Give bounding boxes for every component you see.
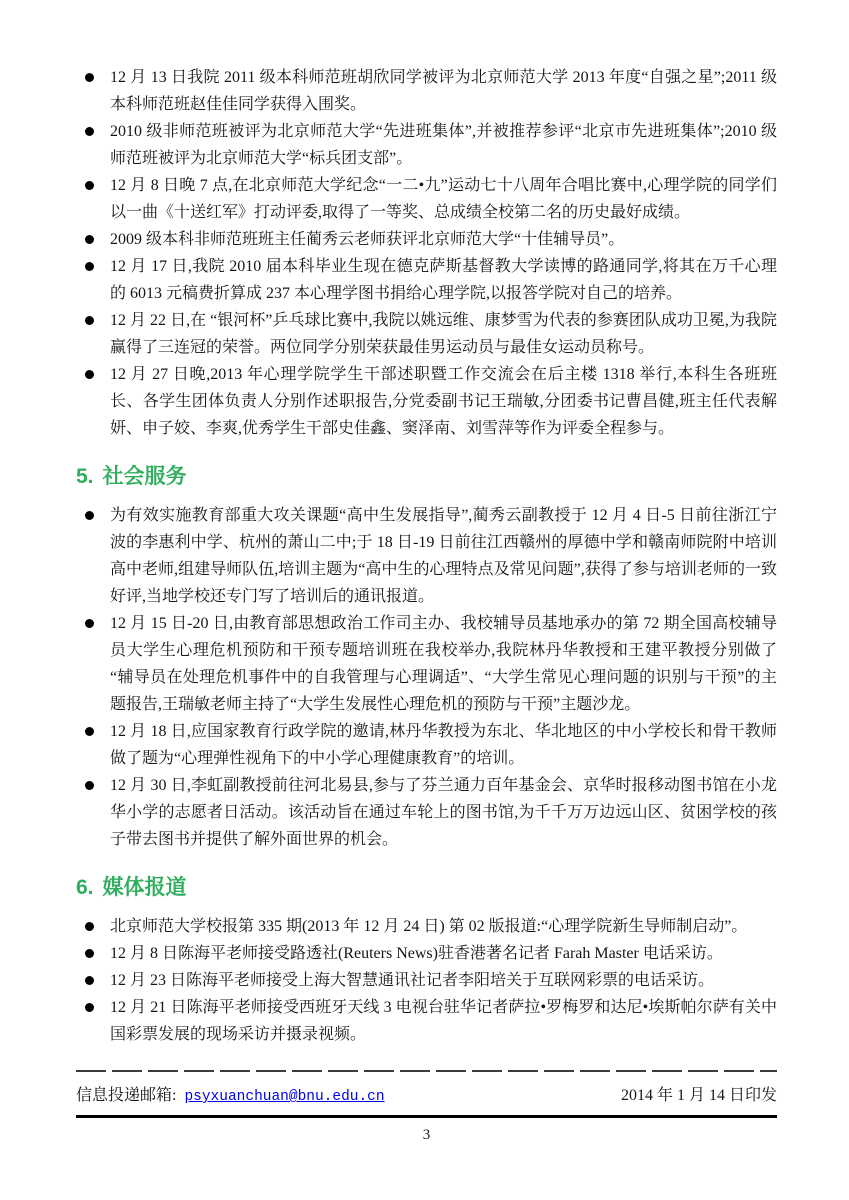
section-number: 5. [76, 464, 94, 490]
list-item: 北京师范大学校报第 335 期(2013 年 12 月 24 日) 第 02 版… [76, 913, 777, 940]
bullet-icon [85, 235, 94, 244]
bullet-icon [85, 262, 94, 271]
email-link[interactable]: psyxuanchuan@bnu.edu.cn [184, 1086, 384, 1108]
bullet-list: 为有效实施教育部重大攻关课题“高中生发展指导”,蔺秀云副教授于 12 月 4 日… [76, 502, 777, 853]
section-heading: 6.媒体报道 [76, 875, 777, 901]
bullet-icon [85, 127, 94, 136]
page-content: 12 月 13 日我院 2011 级本科师范班胡欣同学被评为北京师范大学 201… [76, 64, 777, 1048]
list-item-text: 12 月 23 日陈海平老师接受上海大智慧通讯社记者李阳培关于互联网彩票的电话采… [110, 972, 714, 989]
bullet-icon [85, 619, 94, 628]
bullet-icon [85, 370, 94, 379]
sections-container: 12 月 13 日我院 2011 级本科师范班胡欣同学被评为北京师范大学 201… [76, 64, 777, 1048]
list-item-text: 2009 级本科非师范班班主任蔺秀云老师获评北京师范大学“十佳辅导员”。 [110, 231, 624, 248]
list-item: 12 月 30 日,李虹副教授前往河北易县,参与了芬兰通力百年基金会、京华时报移… [76, 772, 777, 853]
list-item: 2010 级非师范班被评为北京师范大学“先进班集体”,并被推荐参评“北京市先进班… [76, 118, 777, 172]
list-item-text: 12 月 15 日-20 日,由教育部思想政治工作司主办、我校辅导员基地承办的第… [110, 615, 777, 713]
bullet-icon [85, 727, 94, 736]
section-number: 6. [76, 875, 94, 901]
list-item: 12 月 18 日,应国家教育行政学院的邀请,林丹华教授为东北、华北地区的中小学… [76, 718, 777, 772]
list-item-text: 12 月 17 日,我院 2010 届本科毕业生现在德克萨斯基督教大学读博的路通… [110, 258, 777, 302]
bullet-icon [85, 781, 94, 790]
section-title: 社会服务 [103, 464, 187, 490]
section-title: 媒体报道 [103, 875, 187, 901]
list-item: 2009 级本科非师范班班主任蔺秀云老师获评北京师范大学“十佳辅导员”。 [76, 226, 777, 253]
bullet-icon [85, 1003, 94, 1012]
list-item-text: 12 月 8 日陈海平老师接受路透社(Reuters News)驻香港著名记者 … [110, 945, 723, 962]
list-item-text: 2010 级非师范班被评为北京师范大学“先进班集体”,并被推荐参评“北京市先进班… [110, 123, 777, 167]
print-date: 2014 年 1 月 14 日印发 [621, 1085, 777, 1107]
list-item-text: 12 月 13 日我院 2011 级本科师范班胡欣同学被评为北京师范大学 201… [110, 69, 777, 113]
list-item-text: 12 月 27 日晚,2013 年心理学院学生干部述职暨工作交流会在后主楼 13… [110, 366, 777, 437]
newsletter-page: 12 月 13 日我院 2011 级本科师范班胡欣同学被评为北京师范大学 201… [0, 0, 849, 1200]
list-item: 12 月 15 日-20 日,由教育部思想政治工作司主办、我校辅导员基地承办的第… [76, 610, 777, 718]
list-item: 12 月 13 日我院 2011 级本科师范班胡欣同学被评为北京师范大学 201… [76, 64, 777, 118]
section-heading: 5.社会服务 [76, 464, 777, 490]
bullet-icon [85, 922, 94, 931]
email-label: 信息投递邮箱: [76, 1085, 176, 1107]
list-item: 12 月 17 日,我院 2010 届本科毕业生现在德克萨斯基督教大学读博的路通… [76, 253, 777, 307]
bullet-icon [85, 181, 94, 190]
list-item: 12 月 22 日,在 “银河杯”乒乓球比赛中,我院以姚远维、康梦雪为代表的参赛… [76, 307, 777, 361]
bullet-icon [85, 73, 94, 82]
bullet-icon [85, 976, 94, 985]
list-item: 12 月 21 日陈海平老师接受西班牙天线 3 电视台驻华记者萨拉•罗梅罗和达尼… [76, 994, 777, 1048]
list-item: 12 月 23 日陈海平老师接受上海大智慧通讯社记者李阳培关于互联网彩票的电话采… [76, 967, 777, 994]
bullet-icon [85, 316, 94, 325]
list-item-text: 为有效实施教育部重大攻关课题“高中生发展指导”,蔺秀云副教授于 12 月 4 日… [110, 507, 777, 605]
list-item-text: 12 月 22 日,在 “银河杯”乒乓球比赛中,我院以姚远维、康梦雪为代表的参赛… [110, 312, 777, 356]
list-item-text: 12 月 18 日,应国家教育行政学院的邀请,林丹华教授为东北、华北地区的中小学… [110, 723, 777, 767]
list-item-text: 12 月 30 日,李虹副教授前往河北易县,参与了芬兰通力百年基金会、京华时报移… [110, 777, 777, 848]
list-item: 12 月 8 日陈海平老师接受路透社(Reuters News)驻香港著名记者 … [76, 940, 777, 967]
bullet-list: 12 月 13 日我院 2011 级本科师范班胡欣同学被评为北京师范大学 201… [76, 64, 777, 442]
list-item: 12 月 27 日晚,2013 年心理学院学生干部述职暨工作交流会在后主楼 13… [76, 361, 777, 442]
section: 6.媒体报道北京师范大学校报第 335 期(2013 年 12 月 24 日) … [76, 875, 777, 1048]
bullet-icon [85, 949, 94, 958]
footer-row: 信息投递邮箱: psyxuanchuan@bnu.edu.cn 2014 年 1… [76, 1085, 777, 1108]
list-item-text: 12 月 21 日陈海平老师接受西班牙天线 3 电视台驻华记者萨拉•罗梅罗和达尼… [110, 999, 777, 1043]
page-number: 3 [76, 1127, 777, 1144]
list-item: 为有效实施教育部重大攻关课题“高中生发展指导”,蔺秀云副教授于 12 月 4 日… [76, 502, 777, 610]
section: 5.社会服务为有效实施教育部重大攻关课题“高中生发展指导”,蔺秀云副教授于 12… [76, 464, 777, 853]
bullet-icon [85, 511, 94, 520]
dashed-divider [76, 1070, 777, 1072]
section: 12 月 13 日我院 2011 级本科师范班胡欣同学被评为北京师范大学 201… [76, 64, 777, 442]
bullet-list: 北京师范大学校报第 335 期(2013 年 12 月 24 日) 第 02 版… [76, 913, 777, 1048]
page-footer: 信息投递邮箱: psyxuanchuan@bnu.edu.cn 2014 年 1… [76, 1070, 777, 1144]
footer-rule [76, 1115, 777, 1118]
list-item-text: 12 月 8 日晚 7 点,在北京师范大学纪念“一二•九”运动七十八周年合唱比赛… [110, 177, 777, 221]
list-item-text: 北京师范大学校报第 335 期(2013 年 12 月 24 日) 第 02 版… [110, 918, 747, 935]
list-item: 12 月 8 日晚 7 点,在北京师范大学纪念“一二•九”运动七十八周年合唱比赛… [76, 172, 777, 226]
